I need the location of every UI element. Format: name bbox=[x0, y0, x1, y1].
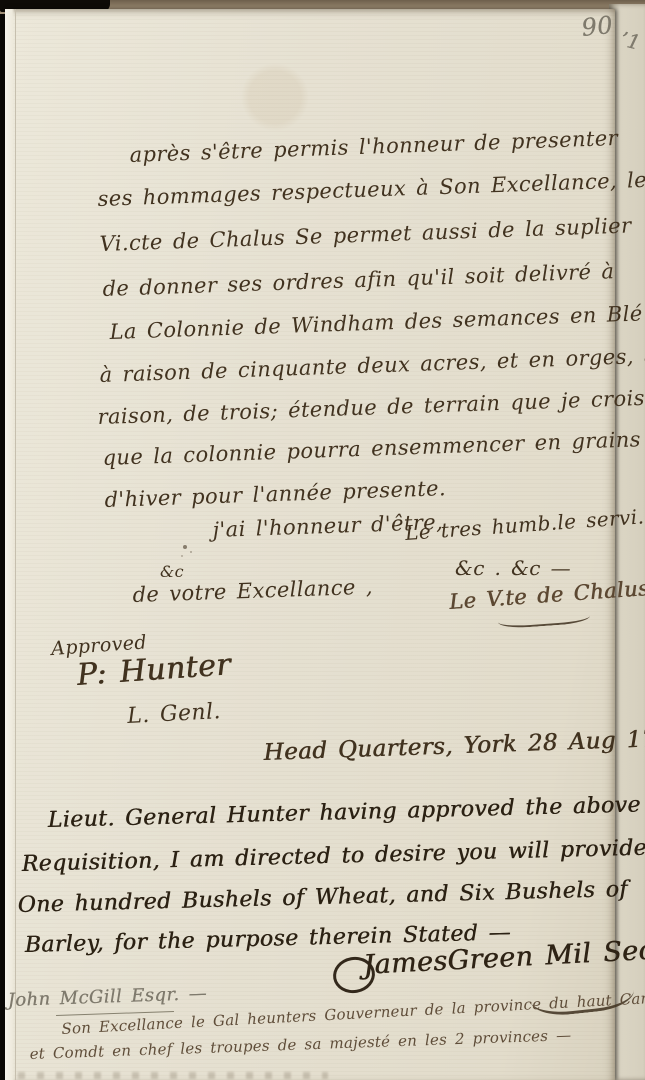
folio-number: 90 bbox=[580, 11, 614, 42]
closing-etcetera-left: &c bbox=[160, 562, 184, 581]
page-left-edge bbox=[5, 9, 16, 1080]
manuscript-page bbox=[5, 9, 615, 1080]
hunter-rank: L. Genl. bbox=[127, 699, 222, 729]
closing-etceteras: &c . &c — bbox=[455, 556, 571, 580]
ink-specks bbox=[183, 545, 187, 549]
cutoff-text-smudge bbox=[18, 1072, 328, 1079]
